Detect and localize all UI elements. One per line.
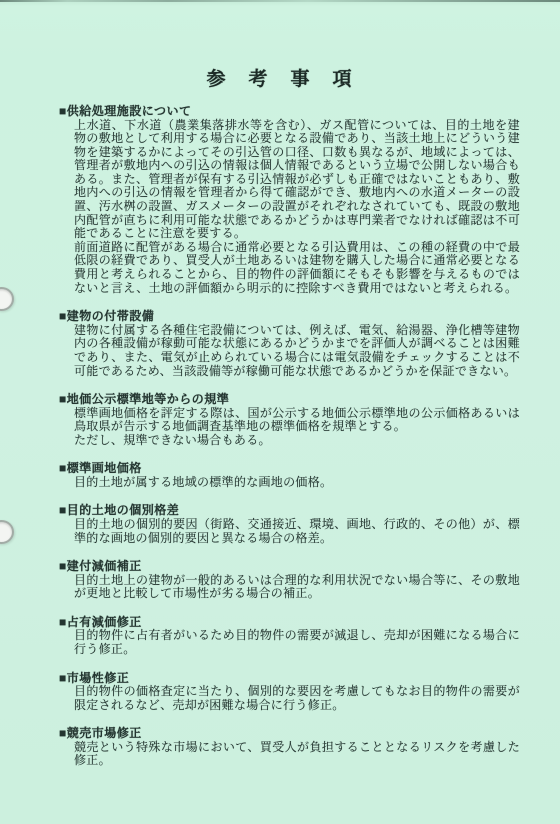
section-paragraph: 建物に付属する各種住宅設備については、例えば、電気、給湯器、浄化槽等建物内の各種… [74, 324, 520, 378]
section-paragraph: 前面道路に配管がある場合に通常必要となる引込費用は、この種の経費の中で最低限の経… [74, 241, 520, 295]
section-body: 標準画地価格を評定する際は、国が公示する地価公示標準地の公示価格あるいは鳥取県が… [74, 407, 520, 448]
section-body: 目的土地上の建物が一般的あるいは合理的な利用状況でない場合等に、その敷地が更地と… [74, 574, 520, 601]
document-section: ■競売市場修正 競売という特殊な市場において、買受人が負担することとなるリスクを… [59, 727, 520, 768]
section-paragraph: 目的土地上の建物が一般的あるいは合理的な利用状況でない場合等に、その敷地が更地と… [74, 574, 520, 601]
document-section: ■占有減価修正 目的物件に占有者がいるため目的物件の需要が減退し、売却が困難にな… [59, 616, 520, 657]
section-body: 競売という特殊な市場において、買受人が負担することとなるリスクを考慮した修正。 [74, 741, 520, 768]
section-heading: ■建付減価補正 [59, 560, 520, 574]
section-paragraph: 上水道、下水道（農業集落排水等を含む）、ガス配管については、目的土地を建物の敷地… [74, 119, 520, 241]
document-section: ■供給処理施設について 上水道、下水道（農業集落排水等を含む）、ガス配管について… [59, 105, 520, 295]
section-heading: ■供給処理施設について [59, 105, 520, 119]
section-body: 目的土地の個別的要因（街路、交通接近、環境、画地、行政的、その他）が、標準的な画… [74, 518, 520, 545]
section-heading: ■市場性修正 [59, 672, 520, 686]
section-paragraph: 目的土地が属する地域の標準的な画地の価格。 [74, 476, 520, 490]
section-heading: ■地価公示標準地等からの規準 [59, 393, 520, 407]
section-body: 上水道、下水道（農業集落排水等を含む）、ガス配管については、目的土地を建物の敷地… [74, 119, 520, 296]
section-heading: ■標準画地価格 [59, 462, 520, 476]
document-section: ■建物の付帯設備 建物に付属する各種住宅設備については、例えば、電気、給湯器、浄… [59, 310, 520, 378]
section-paragraph: 標準画地価格を評定する際は、国が公示する地価公示標準地の公示価格あるいは鳥取県が… [74, 407, 520, 434]
section-heading: ■競売市場修正 [59, 727, 520, 741]
scanned-document-page: 参 考 事 項 ■供給処理施設について 上水道、下水道（農業集落排水等を含む）、… [0, 0, 560, 824]
section-heading: ■目的土地の個別格差 [59, 504, 520, 518]
document-section: ■標準画地価格 目的土地が属する地域の標準的な画地の価格。 [59, 462, 520, 489]
section-paragraph: 目的土地の個別的要因（街路、交通接近、環境、画地、行政的、その他）が、標準的な画… [74, 518, 520, 545]
section-paragraph: 目的物件の価格査定に当たり、個別的な要因を考慮してもなお目的物件の需要が限定され… [74, 685, 520, 712]
document-section: ■建付減価補正 目的土地上の建物が一般的あるいは合理的な利用状況でない場合等に、… [59, 560, 520, 601]
section-paragraph: 目的物件に占有者がいるため目的物件の需要が減退し、売却が困難になる場合に行う修正… [74, 629, 520, 656]
section-body: 目的物件に占有者がいるため目的物件の需要が減退し、売却が困難になる場合に行う修正… [74, 629, 520, 656]
section-paragraph: 競売という特殊な市場において、買受人が負担することとなるリスクを考慮した修正。 [74, 741, 520, 768]
document-section: ■市場性修正 目的物件の価格査定に当たり、個別的な要因を考慮してもなお目的物件の… [59, 672, 520, 713]
section-paragraph: ただし、規準できない場合もある。 [74, 434, 520, 448]
sections-container: ■供給処理施設について 上水道、下水道（農業集落排水等を含む）、ガス配管について… [59, 105, 520, 768]
section-heading: ■建物の付帯設備 [59, 310, 520, 324]
section-body: 目的物件の価格査定に当たり、個別的な要因を考慮してもなお目的物件の需要が限定され… [74, 685, 520, 712]
document-title: 参 考 事 項 [0, 0, 560, 91]
document-content: 参 考 事 項 ■供給処理施設について 上水道、下水道（農業集落排水等を含む）、… [0, 0, 560, 783]
document-section: ■目的土地の個別格差 目的土地の個別的要因（街路、交通接近、環境、画地、行政的、… [59, 504, 520, 545]
section-body: 目的土地が属する地域の標準的な画地の価格。 [74, 476, 520, 490]
section-body: 建物に付属する各種住宅設備については、例えば、電気、給湯器、浄化槽等建物内の各種… [74, 324, 520, 378]
document-section: ■地価公示標準地等からの規準 標準画地価格を評定する際は、国が公示する地価公示標… [59, 393, 520, 447]
